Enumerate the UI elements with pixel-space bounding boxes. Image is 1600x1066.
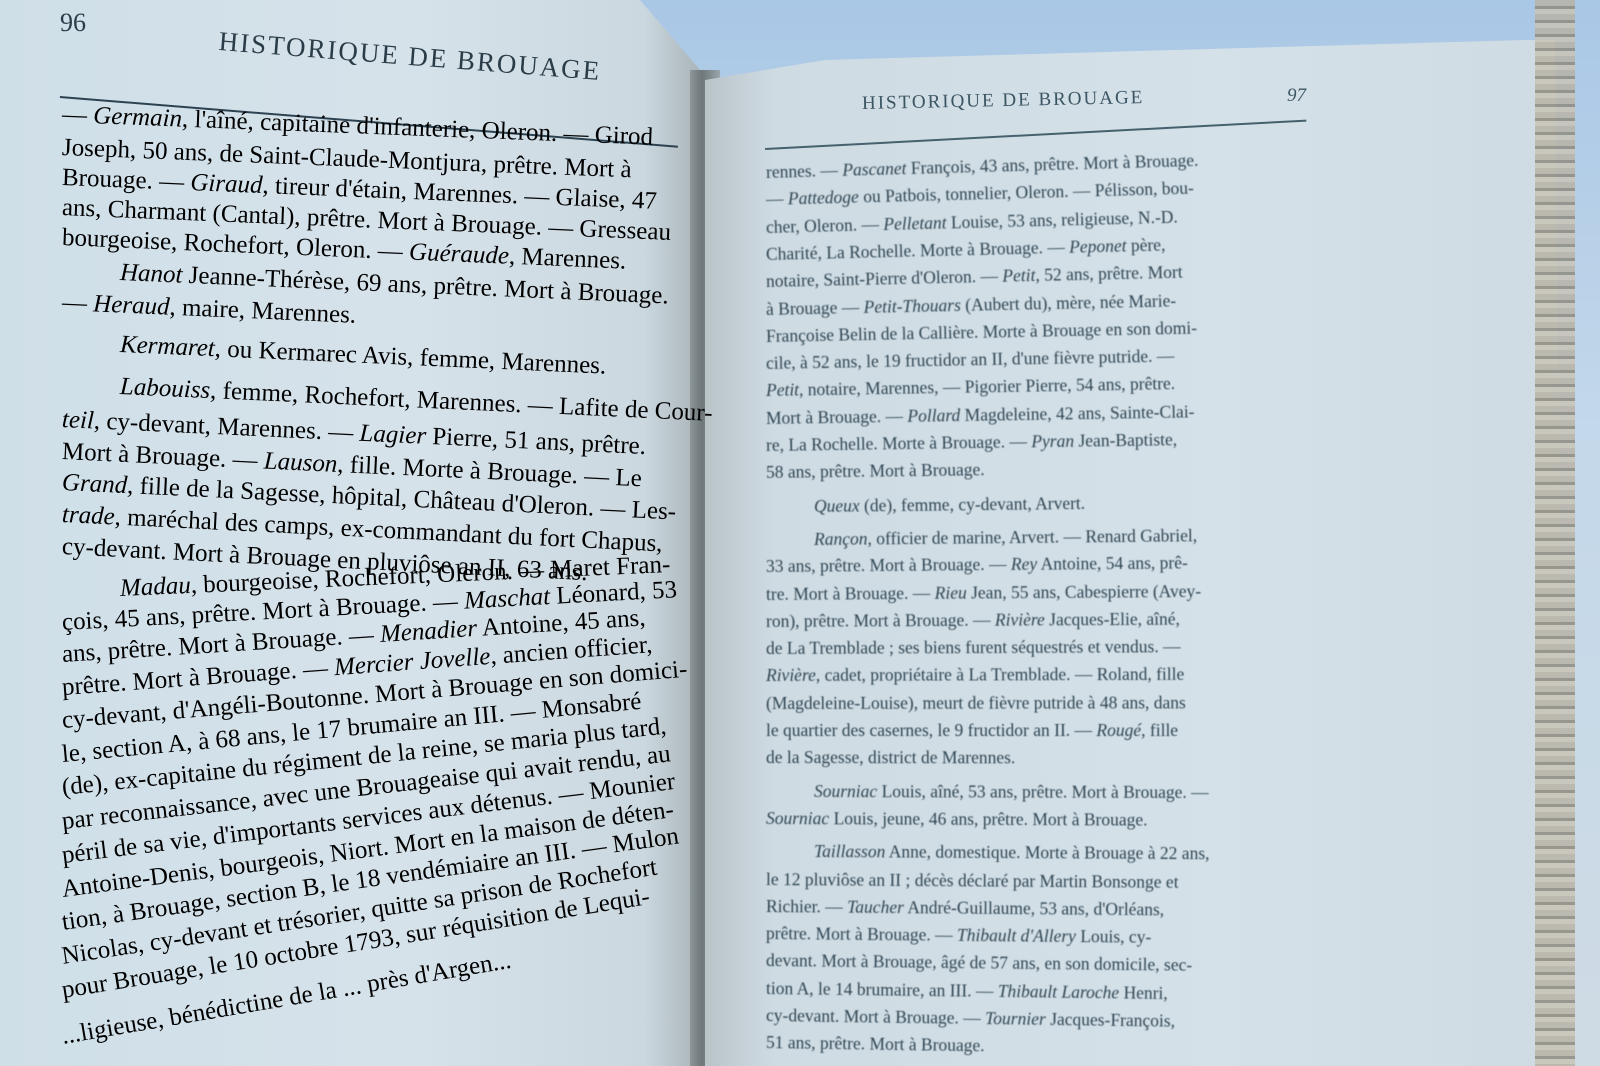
entry-name: Queux <box>814 495 860 516</box>
entry-name: Petit-Thouars <box>863 294 961 316</box>
dash: — <box>62 101 94 129</box>
entry-text: , cadet, propriétaire à La Tremblade. — … <box>816 664 1184 685</box>
entry-name: Sourniac <box>766 808 829 828</box>
text-line: Sourniac Louis, jeune, 46 ans, prêtre. M… <box>766 806 1148 832</box>
text-line: Rivière, cadet, propriétaire à La Trembl… <box>766 662 1184 687</box>
entry-text: Charité, La Rochelle. Morte à Brouage. — <box>766 237 1070 264</box>
text-line: 51 ans, prêtre. Mort à Brouage. <box>766 1030 985 1057</box>
text-line: Sourniac Louis, aîné, 53 ans, prêtre. Mo… <box>814 779 1209 804</box>
entry-text: Louis, jeune, 46 ans, prêtre. Mort à Bro… <box>829 808 1147 829</box>
entry-text: Antoine, 54 ans, prê- <box>1037 553 1188 574</box>
entry-text: André-Guillaume, 53 ans, d'Orléans, <box>904 897 1164 919</box>
entry-name: Taucher <box>847 896 904 916</box>
entry-name: Pyran <box>1031 431 1074 452</box>
entry-name: Peponet <box>1069 235 1127 256</box>
text-line: le 12 pluviôse an II ; décès déclaré par… <box>766 867 1179 894</box>
entry-text: (Magdeleine-Louise), meurt de fièvre put… <box>766 692 1186 713</box>
entry-text: Henri, <box>1119 982 1168 1003</box>
entry-text: Jean-Baptiste, <box>1074 429 1177 450</box>
entry-text: Anne, domestique. Morte à Brouage à 22 a… <box>885 842 1209 864</box>
entry-name: Sourniac <box>814 781 877 801</box>
entry-text: Mort à Brouage. — <box>766 406 908 428</box>
entry-name: Taillasson <box>814 841 885 861</box>
entry-name: Rieu <box>935 582 967 602</box>
entry-text: le 12 pluviôse an II ; décès déclaré par… <box>766 869 1179 892</box>
text-line: de La Tremblade ; ses biens furent séque… <box>766 634 1181 660</box>
entry-text: à Brouage — <box>766 296 864 318</box>
page-edge <box>1535 0 1575 1066</box>
entry-name: Rivière <box>766 665 816 685</box>
entry-text: , Marennes. <box>508 243 626 275</box>
entry-text: devant. Mort à Brouage, âgé de 57 ans, e… <box>766 950 1192 975</box>
entry-text: Richier. — <box>766 896 847 917</box>
entry-name: trade <box>61 501 115 531</box>
entry-name: Pelletant <box>883 212 947 234</box>
entry-text: Magdeleine, 42 ans, Sainte-Clai- <box>960 401 1195 425</box>
entry-name: Germain <box>93 102 183 132</box>
entry-name: Rougé <box>1096 720 1141 740</box>
text-line: 58 ans, prêtre. Mort à Brouage. <box>766 458 985 485</box>
entry-name: Heraud <box>93 290 170 320</box>
entry-text: cy-devant. Mort à Brouage. — <box>766 1005 985 1028</box>
text-line: tre. Mort à Brouage. — Rieu Jean, 55 ans… <box>766 578 1201 605</box>
entry-name: Pascanet <box>842 158 907 180</box>
entry-name: Thibault d'Allery <box>957 925 1076 946</box>
text-line: Queux (de), femme, cy-devant, Arvert. <box>814 491 1085 518</box>
text-line: de la Sagesse, district de Marennes. <box>766 745 1015 769</box>
text-line: Taillasson Anne, domestique. Morte à Bro… <box>814 839 1210 865</box>
entry-name: Lauson <box>263 448 338 478</box>
text-line: tion A, le 14 brumaire, an III. — Thibau… <box>766 976 1168 1005</box>
entry-text: , notaire, Marennes, — Pigorier Pierre, … <box>799 374 1175 400</box>
entry-text: rennes. — <box>766 160 843 182</box>
entry-name: teil <box>61 406 94 434</box>
entry-name: Labouiss <box>119 373 210 404</box>
entry-name: Lagier <box>359 420 427 450</box>
entry-text: Jacques-Elie, aîné, <box>1045 608 1180 629</box>
text-line: 33 ans, prêtre. Mort à Brouage. — Rey An… <box>766 551 1188 579</box>
entry-name: Hanot <box>119 259 183 289</box>
entry-name: Kermaret <box>119 331 215 362</box>
entry-text: Louise, 53 ans, religieuse, N.-D. <box>946 206 1178 232</box>
text-line: Richier. — Taucher André-Guillaume, 53 a… <box>766 894 1164 921</box>
text-line: prêtre. Mort à Brouage. — Thibault d'All… <box>766 921 1151 949</box>
entry-name: Giraud <box>190 169 263 199</box>
entry-name: Pattedoge <box>788 187 859 209</box>
entry-text: de La Tremblade ; ses biens furent séque… <box>766 636 1181 658</box>
entry-text: Louis, aîné, 53 ans, prêtre. Mort à Brou… <box>877 781 1209 802</box>
entry-text: tion A, le 14 brumaire, an III. — <box>766 978 998 1001</box>
entry-name: Rançon <box>814 528 868 549</box>
entry-name: Pollard <box>907 405 960 426</box>
left-running-head: 96 HISTORIQUE DE BROUAGE <box>60 8 680 88</box>
text-line: Rançon, officier de marine, Arvert. — Re… <box>814 523 1197 551</box>
text-line: (Magdeleine-Louise), meurt de fièvre put… <box>766 690 1186 715</box>
entry-name: Petit <box>766 380 799 401</box>
entry-name: Grand <box>61 469 128 499</box>
entry-text: le quartier des casernes, le 9 fructidor… <box>766 720 1096 740</box>
entry-name: Petit <box>1002 265 1035 286</box>
entry-text: Louis, cy- <box>1076 926 1152 947</box>
entry-text: Jacques-François, <box>1046 1009 1176 1031</box>
entry-text: re, La Rochelle. Morte à Brouage. — <box>766 431 1032 455</box>
entry-text: cher, Oleron. — <box>766 214 884 237</box>
running-head-title-left: HISTORIQUE DE BROUAGE <box>218 26 603 87</box>
entry-text: notaire, Saint-Pierre d'Oleron. — <box>766 266 1003 291</box>
entry-text: — <box>766 189 788 210</box>
entry-text: , maire, Marennes. <box>169 294 357 329</box>
entry-text: 33 ans, prêtre. Mort à Brouage. — <box>766 554 1011 576</box>
entry-name: Tournier <box>985 1008 1046 1029</box>
entry-text: 58 ans, prêtre. Mort à Brouage. <box>766 460 985 483</box>
entry-name: Rivière <box>995 609 1045 629</box>
entry-text: ron), prêtre. Mort à Brouage. — <box>766 610 995 631</box>
entry-text: de la Sagesse, district de Marennes. <box>766 747 1015 767</box>
entry-name: Rey <box>1011 554 1037 574</box>
entry-text: Jean, 55 ans, Cabespierre (Avey- <box>967 580 1202 602</box>
entry-name: Madau <box>119 572 191 602</box>
entry-text: , fille <box>1141 720 1178 740</box>
entry-text: , officier de marine, Arvert. — Renard G… <box>867 525 1197 548</box>
entry-text: , 52 ans, prêtre. Mort <box>1035 262 1183 285</box>
entry-text: tre. Mort à Brouage. — <box>766 582 935 603</box>
entry-text: (Aubert du), mère, née Marie- <box>961 290 1177 315</box>
entry-text: Brouage. — <box>61 164 190 196</box>
entry-text: père, <box>1126 234 1165 255</box>
entry-text: (de), femme, cy-devant, Arvert. <box>860 493 1086 516</box>
entry-text: 51 ans, prêtre. Mort à Brouage. <box>766 1032 985 1055</box>
entry-name: Guéraude <box>409 239 510 270</box>
page-number-right: 97 <box>1287 85 1306 107</box>
page-number-left: 96 <box>60 8 86 38</box>
entry-text: prêtre. Mort à Brouage. — <box>766 923 957 945</box>
text-line: ron), prêtre. Mort à Brouage. — Rivière … <box>766 606 1180 632</box>
entry-name: Thibault Laroche <box>998 981 1120 1003</box>
text-line: le quartier des casernes, le 9 fructidor… <box>766 718 1178 742</box>
dash: — <box>61 289 93 317</box>
